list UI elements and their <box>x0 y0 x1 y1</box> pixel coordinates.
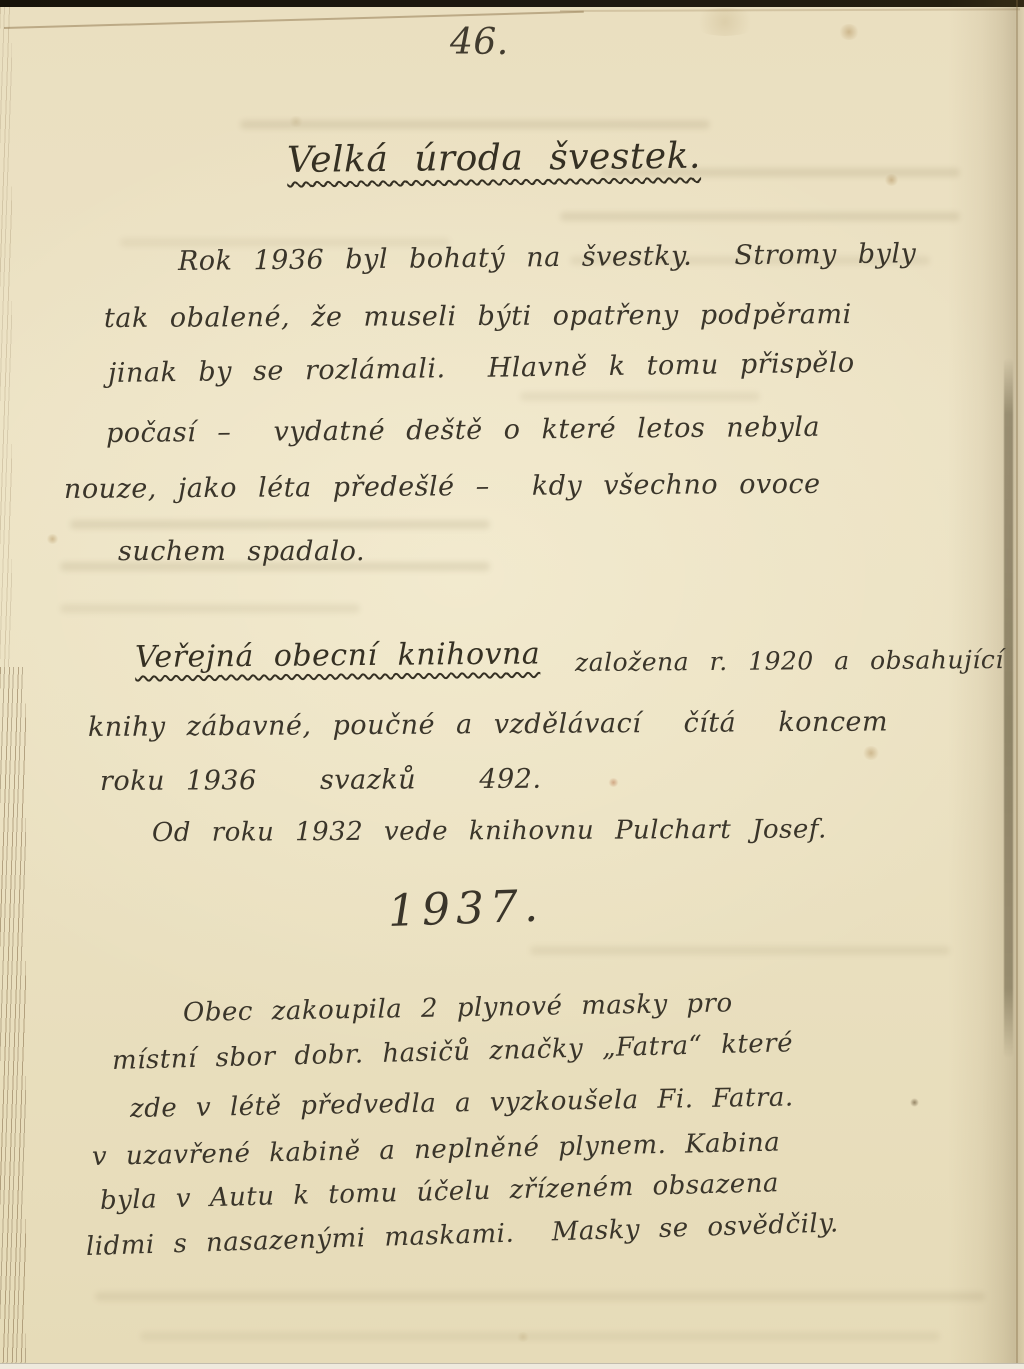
text-line: lidmi s nasazenými maskami. Masky se osv… <box>86 1208 840 1262</box>
text-line: zde v létě předvedla a vyzkoušela Fi. Fa… <box>130 1082 794 1124</box>
bleed-through-mark <box>60 604 360 613</box>
paper-stain <box>690 8 760 36</box>
bleed-through-mark <box>530 946 950 955</box>
text-line: roku 1936 svazků 492. <box>100 764 542 797</box>
text-line: v uzavřené kabině a neplněné plynem. Kab… <box>92 1128 781 1172</box>
page-number: 46. <box>450 22 509 63</box>
scan-bottom-edge <box>0 1363 1024 1369</box>
text-line: suchem spadalo. <box>118 536 365 567</box>
bleed-through-mark <box>520 392 760 401</box>
text-line: Obec zakoupila 2 plynové masky pro <box>183 988 733 1028</box>
text-line: Rok 1936 byl bohatý na švestky. Stromy b… <box>178 238 917 277</box>
text-line: byla v Autu k tomu účelu zřízeném obsaze… <box>100 1168 780 1216</box>
chronicle-page-scan: 46. Velká úroda švestek. Rok 1936 byl bo… <box>0 0 1024 1369</box>
text-line: Od roku 1932 vede knihovnu Pulchart Jose… <box>152 814 827 848</box>
paper-stain <box>838 24 860 40</box>
text-line: tak obalené, že museli býti opatřeny pod… <box>104 299 852 334</box>
section-title-plum-harvest: Velká úroda švestek. <box>287 136 701 181</box>
page-edge-line <box>1016 0 1018 1369</box>
bleed-through-mark <box>240 120 710 129</box>
bleed-through-mark <box>95 1292 985 1301</box>
text-line: místní sbor dobr. hasičů značky „Fatra“ … <box>112 1028 794 1076</box>
book-binding-edge <box>0 7 12 667</box>
section-title-library: Veřejná obecní knihovna <box>135 636 541 675</box>
bleed-through-mark <box>70 520 490 529</box>
bleed-through-mark <box>140 1332 940 1341</box>
paper-stain <box>910 1098 919 1107</box>
book-binding-edge <box>0 667 26 1369</box>
text-line: počasí – vydatné deště o které letos neb… <box>106 412 820 449</box>
paper-stain <box>862 746 880 760</box>
text-line: založena r. 1920 a obsahující <box>575 645 1004 677</box>
scan-top-edge <box>0 0 1024 7</box>
page-edge-streak <box>1004 358 1013 1058</box>
paper-stain <box>46 534 59 544</box>
year-heading: 1937. <box>387 881 545 937</box>
bleed-through-mark <box>560 212 960 221</box>
paper-stain <box>608 778 619 787</box>
text-line: knihy zábavné, poučné a vzdělávací čítá … <box>88 706 888 743</box>
text-line: nouze, jako léta předešlé – kdy všechno … <box>64 469 821 505</box>
text-line: jinak by se rozlámali. Hlavně k tomu při… <box>108 348 855 389</box>
